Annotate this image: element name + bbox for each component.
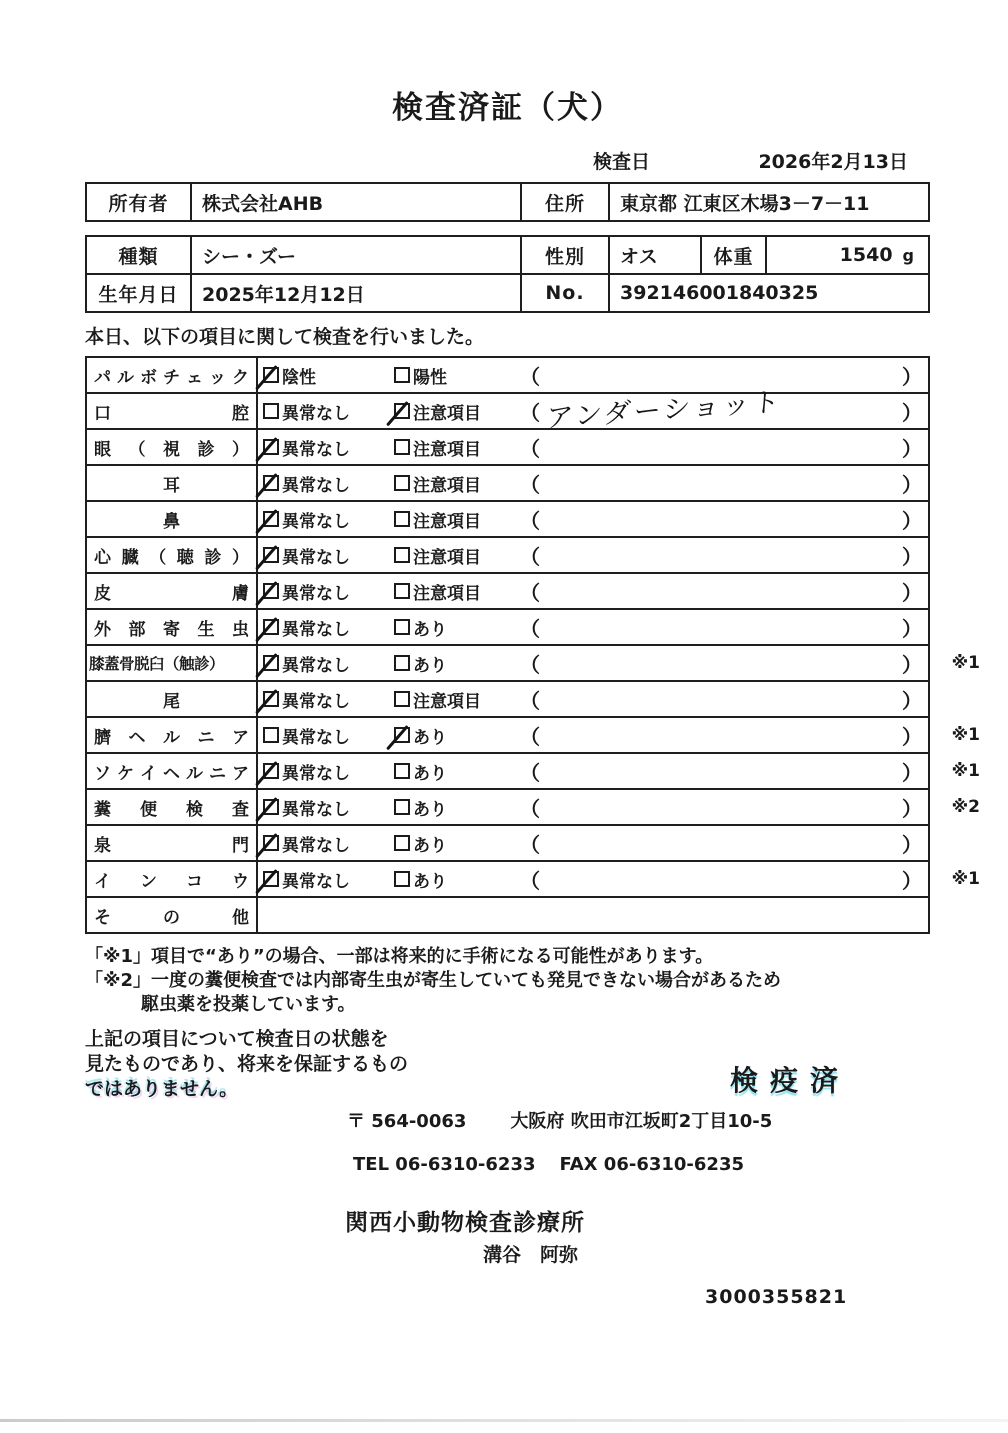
paren-open: （ [520, 469, 540, 498]
checkbox-icon [394, 367, 410, 383]
clinic-address: 大阪府 吹田市江坂町2丁目10-5 [510, 1107, 772, 1133]
paren-open: （ [520, 613, 540, 642]
exam-row-label: 耳 [87, 466, 258, 500]
exam-row-label: 外部寄生虫 [87, 610, 258, 644]
option-2: あり [394, 831, 520, 856]
exam-row-body: 異常なし注意項目（） [258, 466, 928, 500]
option-label: あり [413, 723, 447, 748]
weight-value: 1540 [840, 244, 893, 266]
option-2: あり [394, 795, 520, 820]
option-label: 異常なし [282, 471, 350, 496]
weight-value-cell: 1540 g [767, 237, 928, 273]
footnote-1: 「※1」項目で“あり”の場合、一部は将来的に手術になる可能性があります。 [85, 945, 930, 969]
exam-row-body: 異常なしあり（） [258, 610, 928, 644]
remarks-field: （） [520, 721, 928, 750]
address-value: 東京都 江東区木場3－7－11 [610, 184, 928, 220]
clinic-name: 関西小動物検査診療所 [345, 1204, 930, 1237]
exam-date-row: 検査日 2026年2月13日 [85, 147, 930, 174]
option-1: 異常なし [263, 507, 394, 532]
option-1: 異常なし [263, 831, 394, 856]
checkbox-icon [394, 475, 410, 491]
exam-row-label: 心臓（聴診） [87, 538, 258, 572]
option-2: 注意項目 [394, 687, 520, 712]
option-1: 陰性 [263, 363, 394, 388]
paren-close: ） [902, 685, 922, 714]
option-label: 注意項目 [413, 579, 481, 604]
checkbox-checked-icon [263, 475, 279, 491]
footnote-marker: ※1 [952, 761, 980, 781]
checkbox-checked-icon [263, 367, 279, 383]
label-chars: ソケイヘルニア [94, 759, 249, 784]
exam-row: その他 [87, 896, 928, 932]
owner-label: 所有者 [87, 184, 192, 220]
sex-label: 性別 [522, 237, 610, 273]
footnote-2: 「※2」一度の糞便検査では内部寄生虫が寄生していても発見できない場合があるため [85, 969, 930, 993]
paren-open: （ [520, 793, 540, 822]
checkbox-icon [394, 511, 410, 527]
checkbox-checked-icon [263, 439, 279, 455]
birth-label: 生年月日 [87, 275, 192, 311]
exam-row-label: 泉門 [87, 826, 258, 860]
option-label: 異常なし [282, 579, 350, 604]
remarks-field: （） [520, 541, 928, 570]
option-2: あり [394, 867, 520, 892]
option-1: 異常なし [263, 435, 394, 460]
option-1: 異常なし [263, 723, 394, 748]
exam-row-body: 異常なしあり（） [258, 754, 928, 788]
option-label: あり [413, 795, 447, 820]
option-1: 異常なし [263, 543, 394, 568]
remarks-field: （） [520, 577, 928, 606]
option-2: あり [394, 723, 520, 748]
remarks-field: （） [520, 685, 928, 714]
exam-row-label: パルボチェック [87, 358, 258, 392]
paren-close: ） [902, 613, 922, 642]
option-1: 異常なし [263, 687, 394, 712]
remarks-field: （） [520, 757, 928, 786]
exam-row: ソケイヘルニア異常なしあり（）※1 [87, 752, 928, 788]
checkbox-icon [394, 763, 410, 779]
owner-value: 株式会社AHB [192, 184, 522, 220]
label-chars: 心臓（聴診） [94, 543, 249, 568]
paren-open: （ [520, 721, 540, 750]
remarks-field: （） [520, 793, 928, 822]
option-label: 異常なし [282, 399, 350, 424]
exam-date-label: 検査日 [593, 147, 650, 174]
paren-close: ） [902, 793, 922, 822]
exam-row: 糞便検査異常なしあり（）※2 [87, 788, 928, 824]
option-2: あり [394, 759, 520, 784]
option-label: 異常なし [282, 615, 350, 640]
paren-open: （ [520, 685, 540, 714]
weight-unit: g [903, 246, 914, 265]
label-chars: 外部寄生虫 [94, 615, 249, 640]
clinic-address-line: 〒 564-0063 大阪府 吹田市江坂町2丁目10-5 [347, 1107, 930, 1133]
paren-open: （ [520, 361, 540, 390]
paren-open: （ [520, 577, 540, 606]
exam-row-body: 異常なしあり（） [258, 646, 928, 680]
exam-row: 耳異常なし注意項目（） [87, 464, 928, 500]
exam-row-body: 異常なし注意項目（アンダーショット） [258, 394, 928, 428]
scan-edge-artifact [0, 1419, 1008, 1422]
weight-label: 体重 [702, 237, 767, 273]
exam-row: 尾異常なし注意項目（） [87, 680, 928, 716]
label-chars: インコウ [94, 867, 249, 892]
disclaimer-line-2: 見たものであり、将来を保証するもの [85, 1052, 505, 1077]
label-chars: 口腔 [94, 399, 249, 424]
paren-open: （ [520, 757, 540, 786]
option-2: 注意項目 [394, 543, 520, 568]
exam-row-body: 陰性陽性（） [258, 358, 928, 392]
clinic-tel-line: TEL 06-6310-6233 FAX 06-6310-6235 [353, 1154, 930, 1175]
option-label: 異常なし [282, 759, 350, 784]
option-label: あり [413, 867, 447, 892]
option-1: 異常なし [263, 471, 394, 496]
checkbox-icon [394, 799, 410, 815]
option-1: 異常なし [263, 615, 394, 640]
exam-row-body: 異常なし注意項目（） [258, 430, 928, 464]
checkbox-checked-icon [263, 871, 279, 887]
paren-open: （ [520, 865, 540, 894]
checkbox-checked-icon [263, 619, 279, 635]
option-label: 異常なし [282, 435, 350, 460]
birth-value: 2025年12月12日 [192, 275, 522, 311]
clinic-tel: TEL 06-6310-6233 [353, 1154, 536, 1175]
disclaimer-line-3: ではありません。 [85, 1077, 505, 1102]
remarks-field: （） [520, 649, 928, 678]
scanned-certificate-page: 検査済証（犬） 検査日 2026年2月13日 所有者 株式会社AHB 住所 東京… [0, 0, 1008, 1433]
option-2: 注意項目 [394, 507, 520, 532]
exam-row-label: 眼（視診） [87, 430, 258, 464]
no-value: 392146001840325 [610, 275, 928, 311]
paren-close: ） [902, 865, 922, 894]
label-chars: 泉門 [94, 831, 249, 856]
option-label: 異常なし [282, 687, 350, 712]
label-chars: 臍ヘルニア [94, 723, 249, 748]
checkbox-checked-icon [263, 691, 279, 707]
exam-row-body: 異常なし注意項目（） [258, 682, 928, 716]
label-chars: パルボチェック [94, 363, 249, 388]
veterinarian-name: 溝谷 阿弥 [483, 1240, 930, 1267]
option-2: 注意項目 [394, 579, 520, 604]
paren-open: （ [520, 505, 540, 534]
exam-row-body: 異常なしあり（） [258, 718, 928, 752]
option-label: 異常なし [282, 543, 350, 568]
footnote-marker: ※2 [952, 797, 980, 817]
exam-row: 臍ヘルニア異常なしあり（）※1 [87, 716, 928, 752]
checkbox-icon [263, 403, 279, 419]
exam-row: 皮膚異常なし注意項目（） [87, 572, 928, 608]
exam-row: 外部寄生虫異常なしあり（） [87, 608, 928, 644]
option-label: あり [413, 615, 447, 640]
checkbox-checked-icon [263, 763, 279, 779]
paren-open: （ [520, 829, 540, 858]
disclaimer-line-1: 上記の項目について検査日の状態を [85, 1027, 505, 1052]
option-label: 注意項目 [413, 399, 481, 424]
certificate-sheet: 検査済証（犬） 検査日 2026年2月13日 所有者 株式会社AHB 住所 東京… [85, 0, 930, 1308]
document-title: 検査済証（犬） [85, 82, 930, 127]
remarks-field: （） [520, 613, 928, 642]
footnote-marker: ※1 [952, 653, 980, 673]
option-label: 注意項目 [413, 507, 481, 532]
option-label: 陰性 [282, 363, 316, 388]
footnote-marker: ※1 [952, 869, 980, 889]
exam-date-value: 2026年2月13日 [758, 147, 908, 174]
option-label: あり [413, 651, 447, 676]
label-chars: 皮膚 [94, 579, 249, 604]
paren-open: （ [520, 649, 540, 678]
exam-row: 鼻異常なし注意項目（） [87, 500, 928, 536]
no-label: No. [522, 275, 610, 311]
label-chars: 眼（視診） [94, 435, 249, 460]
footnotes: 「※1」項目で“あり”の場合、一部は将来的に手術になる可能性があります。 「※2… [85, 945, 930, 1017]
exam-row-label: 膝蓋骨脱臼（触診） [87, 646, 258, 680]
checkbox-icon [394, 691, 410, 707]
option-2: 注意項目 [394, 435, 520, 460]
checkbox-checked-icon [394, 403, 410, 419]
option-1: 異常なし [263, 795, 394, 820]
paren-open: （ [520, 397, 540, 426]
checkbox-icon [394, 871, 410, 887]
option-label: あり [413, 831, 447, 856]
owner-table: 所有者 株式会社AHB 住所 東京都 江東区木場3－7－11 [85, 182, 930, 222]
option-label: 異常なし [282, 507, 350, 532]
remarks-field: （） [520, 433, 928, 462]
exam-table: パルボチェック陰性陽性（）口腔異常なし注意項目（アンダーショット）眼（視診）異常… [85, 356, 930, 934]
exam-row: 泉門異常なしあり（） [87, 824, 928, 860]
checkbox-icon [263, 727, 279, 743]
checkbox-checked-icon [263, 835, 279, 851]
sex-value: オス [610, 237, 702, 273]
exam-row: パルボチェック陰性陽性（） [87, 358, 928, 392]
intro-statement: 本日、以下の項目に関して検査を行いました。 [85, 322, 930, 349]
paren-close: ） [902, 541, 922, 570]
checkbox-checked-icon [263, 547, 279, 563]
document-number: 3000355821 [705, 1286, 930, 1308]
option-label: 注意項目 [413, 543, 481, 568]
pet-table: 種類 シー・ズー 性別 オス 体重 1540 g 生年月日 2025年12月12… [85, 235, 930, 313]
exam-row: インコウ異常なしあり（）※1 [87, 860, 928, 896]
label-chars: 糞便検査 [94, 795, 249, 820]
checkbox-checked-icon [394, 727, 410, 743]
remarks-field: （） [520, 505, 928, 534]
option-1: 異常なし [263, 867, 394, 892]
exam-row-label: ソケイヘルニア [87, 754, 258, 788]
checkbox-icon [394, 655, 410, 671]
option-label: 注意項目 [413, 435, 481, 460]
option-2: あり [394, 615, 520, 640]
exam-row-body: 異常なし注意項目（） [258, 502, 928, 536]
paren-close: ） [902, 757, 922, 786]
option-label: 陽性 [413, 363, 447, 388]
exam-row-label: 鼻 [87, 502, 258, 536]
option-1: 異常なし [263, 759, 394, 784]
paren-open: （ [520, 541, 540, 570]
exam-row-label: 糞便検査 [87, 790, 258, 824]
checkbox-icon [394, 619, 410, 635]
bottom-block: 上記の項目について検査日の状態を 見たものであり、将来を保証するもの ではありま… [85, 1027, 930, 1308]
exam-row-label: インコウ [87, 862, 258, 896]
footnote-marker: ※1 [952, 725, 980, 745]
option-label: 異常なし [282, 651, 350, 676]
paren-close: ） [902, 829, 922, 858]
option-label: 異常なし [282, 795, 350, 820]
checkbox-checked-icon [263, 583, 279, 599]
clinic-fax: FAX 06-6310-6235 [560, 1154, 745, 1175]
quarantine-stamp: 検疫済 [730, 1059, 850, 1099]
exam-row-body: 異常なし注意項目（） [258, 538, 928, 572]
paren-close: ） [902, 469, 922, 498]
option-2: 陽性 [394, 363, 520, 388]
exam-row-body: 異常なしあり（） [258, 862, 928, 896]
exam-row: 眼（視診）異常なし注意項目（） [87, 428, 928, 464]
checkbox-icon [394, 439, 410, 455]
exam-row: 膝蓋骨脱臼（触診）異常なしあり（）※1 [87, 644, 928, 680]
exam-row-body: 異常なし注意項目（） [258, 574, 928, 608]
paren-close: ） [902, 397, 922, 426]
checkbox-icon [394, 583, 410, 599]
checkbox-icon [394, 547, 410, 563]
remarks-field: （アンダーショット） [520, 397, 928, 426]
remarks-field: （） [520, 865, 928, 894]
exam-row: 口腔異常なし注意項目（アンダーショット） [87, 392, 928, 428]
disclaimer: 上記の項目について検査日の状態を 見たものであり、将来を保証するもの ではありま… [85, 1027, 505, 1102]
paren-open: （ [520, 433, 540, 462]
paren-close: ） [902, 577, 922, 606]
option-2: 注意項目 [394, 471, 520, 496]
option-1: 異常なし [263, 651, 394, 676]
option-label: あり [413, 759, 447, 784]
exam-row-label: 口腔 [87, 394, 258, 428]
option-label: 注意項目 [413, 687, 481, 712]
paren-close: ） [902, 433, 922, 462]
option-label: 異常なし [282, 723, 350, 748]
option-2: あり [394, 651, 520, 676]
paren-close: ） [902, 649, 922, 678]
address-label: 住所 [522, 184, 610, 220]
checkbox-icon [394, 835, 410, 851]
option-label: 異常なし [282, 867, 350, 892]
checkbox-checked-icon [263, 655, 279, 671]
checkbox-checked-icon [263, 799, 279, 815]
breed-value: シー・ズー [192, 237, 522, 273]
remarks-field: （） [520, 469, 928, 498]
clinic-postal-code: 〒 564-0063 [347, 1107, 466, 1133]
exam-row-label: その他 [87, 898, 258, 932]
exam-row-label: 臍ヘルニア [87, 718, 258, 752]
option-label: 注意項目 [413, 471, 481, 496]
option-1: 異常なし [263, 579, 394, 604]
remarks-field: （） [520, 829, 928, 858]
exam-row: 心臓（聴診）異常なし注意項目（） [87, 536, 928, 572]
label-chars: その他 [94, 903, 249, 928]
paren-close: ） [902, 505, 922, 534]
exam-row-body [258, 898, 928, 932]
exam-row-body: 異常なしあり（） [258, 826, 928, 860]
breed-label: 種類 [87, 237, 192, 273]
paren-close: ） [902, 361, 922, 390]
exam-row-label: 尾 [87, 682, 258, 716]
option-label: 異常なし [282, 831, 350, 856]
option-2: 注意項目 [394, 399, 520, 424]
footnote-2-continued: 駆虫薬を投薬しています。 [85, 993, 930, 1017]
exam-row-label: 皮膚 [87, 574, 258, 608]
paren-close: ） [902, 721, 922, 750]
option-1: 異常なし [263, 399, 394, 424]
exam-row-body: 異常なしあり（） [258, 790, 928, 824]
checkbox-checked-icon [263, 511, 279, 527]
